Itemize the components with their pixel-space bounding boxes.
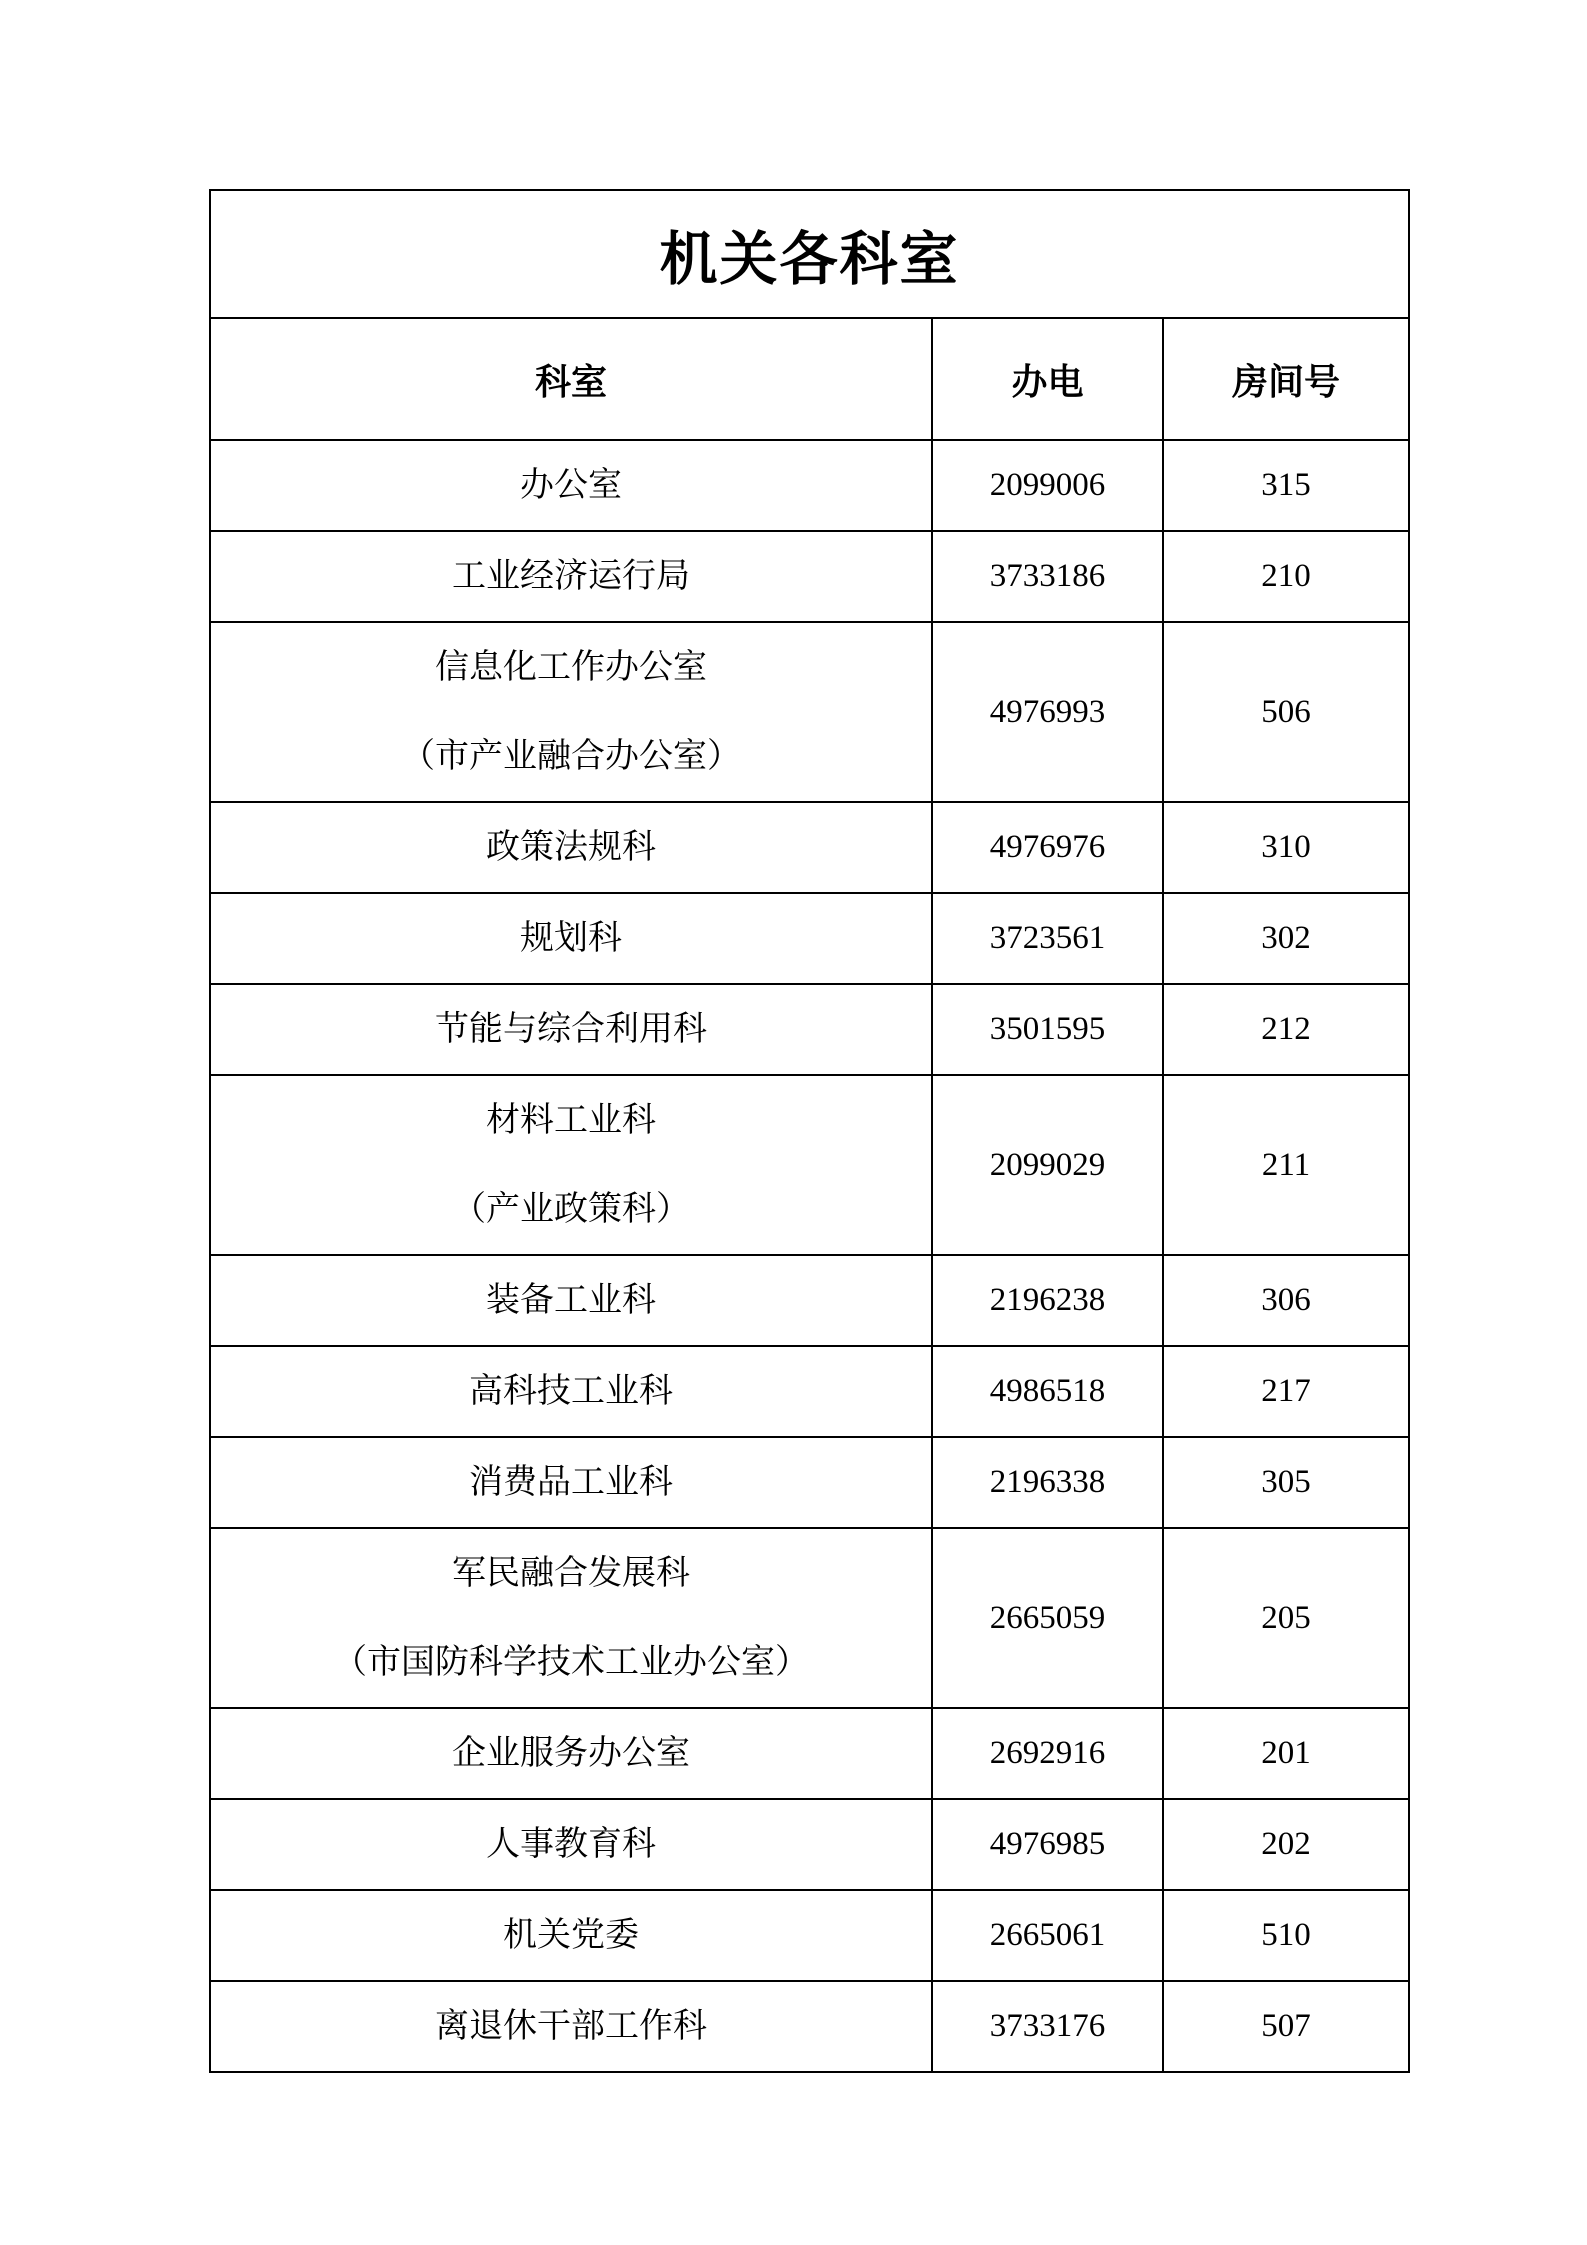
dept-cell: 企业服务办公室 [210,1708,932,1799]
column-header-phone: 办电 [932,318,1163,440]
phone-cell: 2665059 [932,1528,1163,1708]
dept-line: 工业经济运行局 [211,532,931,621]
table-row: 材料工业科（产业政策科） 2099029 211 [210,1075,1409,1255]
column-header-room: 房间号 [1163,318,1409,440]
dept-cell: 人事教育科 [210,1799,932,1890]
document-page: 机关各科室 科室 办电 房间号 办公室 2099006 315 工业经济运行局 … [0,0,1587,2245]
phone-cell: 3733186 [932,531,1163,622]
table-row: 军民融合发展科（市国防科学技术工业办公室） 2665059 205 [210,1528,1409,1708]
room-cell: 211 [1163,1075,1409,1255]
dept-cell: 高科技工业科 [210,1346,932,1437]
department-table: 机关各科室 科室 办电 房间号 办公室 2099006 315 工业经济运行局 … [209,189,1410,2073]
phone-cell: 2665061 [932,1890,1163,1981]
table-row: 工业经济运行局 3733186 210 [210,531,1409,622]
dept-line: 消费品工业科 [211,1438,931,1527]
room-cell: 315 [1163,440,1409,531]
table-row: 人事教育科 4976985 202 [210,1799,1409,1890]
dept-cell: 工业经济运行局 [210,531,932,622]
dept-line: （市国防科学技术工业办公室） [211,1618,931,1707]
room-cell: 202 [1163,1799,1409,1890]
table-row: 企业服务办公室 2692916 201 [210,1708,1409,1799]
dept-cell: 节能与综合利用科 [210,984,932,1075]
room-cell: 201 [1163,1708,1409,1799]
dept-cell: 办公室 [210,440,932,531]
table-row: 机关党委 2665061 510 [210,1890,1409,1981]
room-cell: 506 [1163,622,1409,802]
phone-cell: 4976976 [932,802,1163,893]
phone-cell: 4986518 [932,1346,1163,1437]
phone-cell: 2692916 [932,1708,1163,1799]
dept-cell: 信息化工作办公室（市产业融合办公室） [210,622,932,802]
dept-line: 离退休干部工作科 [211,1982,931,2071]
room-cell: 310 [1163,802,1409,893]
room-cell: 217 [1163,1346,1409,1437]
room-cell: 210 [1163,531,1409,622]
dept-line: 材料工业科 [211,1076,931,1165]
phone-cell: 2196238 [932,1255,1163,1346]
dept-line: 办公室 [211,441,931,530]
phone-cell: 2099006 [932,440,1163,531]
phone-cell: 2099029 [932,1075,1163,1255]
room-cell: 302 [1163,893,1409,984]
table-row: 信息化工作办公室（市产业融合办公室） 4976993 506 [210,622,1409,802]
table-row: 办公室 2099006 315 [210,440,1409,531]
table-row: 高科技工业科 4986518 217 [210,1346,1409,1437]
table-row: 离退休干部工作科 3733176 507 [210,1981,1409,2072]
dept-line: 机关党委 [211,1891,931,1980]
table-row: 政策法规科 4976976 310 [210,802,1409,893]
room-cell: 205 [1163,1528,1409,1708]
room-cell: 510 [1163,1890,1409,1981]
dept-line: 高科技工业科 [211,1347,931,1436]
dept-line: 企业服务办公室 [211,1709,931,1798]
dept-line: 规划科 [211,894,931,983]
table-row: 节能与综合利用科 3501595 212 [210,984,1409,1075]
header-row: 科室 办电 房间号 [210,318,1409,440]
room-cell: 306 [1163,1255,1409,1346]
dept-cell: 机关党委 [210,1890,932,1981]
phone-cell: 2196338 [932,1437,1163,1528]
dept-cell: 离退休干部工作科 [210,1981,932,2072]
phone-cell: 3723561 [932,893,1163,984]
dept-cell: 材料工业科（产业政策科） [210,1075,932,1255]
dept-cell: 规划科 [210,893,932,984]
column-header-dept: 科室 [210,318,932,440]
table-row: 消费品工业科 2196338 305 [210,1437,1409,1528]
dept-line: （产业政策科） [211,1165,931,1254]
table-row: 规划科 3723561 302 [210,893,1409,984]
room-cell: 305 [1163,1437,1409,1528]
dept-line: 节能与综合利用科 [211,985,931,1074]
dept-cell: 军民融合发展科（市国防科学技术工业办公室） [210,1528,932,1708]
dept-cell: 消费品工业科 [210,1437,932,1528]
dept-cell: 政策法规科 [210,802,932,893]
phone-cell: 4976993 [932,622,1163,802]
phone-cell: 4976985 [932,1799,1163,1890]
dept-line: 人事教育科 [211,1800,931,1889]
phone-cell: 3501595 [932,984,1163,1075]
title-row: 机关各科室 [210,190,1409,318]
dept-line: （市产业融合办公室） [211,712,931,801]
dept-line: 政策法规科 [211,803,931,892]
dept-line: 信息化工作办公室 [211,623,931,712]
table-body: 机关各科室 科室 办电 房间号 办公室 2099006 315 工业经济运行局 … [210,190,1409,2072]
table-row: 装备工业科 2196238 306 [210,1255,1409,1346]
room-cell: 507 [1163,1981,1409,2072]
dept-cell: 装备工业科 [210,1255,932,1346]
room-cell: 212 [1163,984,1409,1075]
table-title: 机关各科室 [210,190,1409,318]
phone-cell: 3733176 [932,1981,1163,2072]
dept-line: 军民融合发展科 [211,1529,931,1618]
dept-line: 装备工业科 [211,1256,931,1345]
